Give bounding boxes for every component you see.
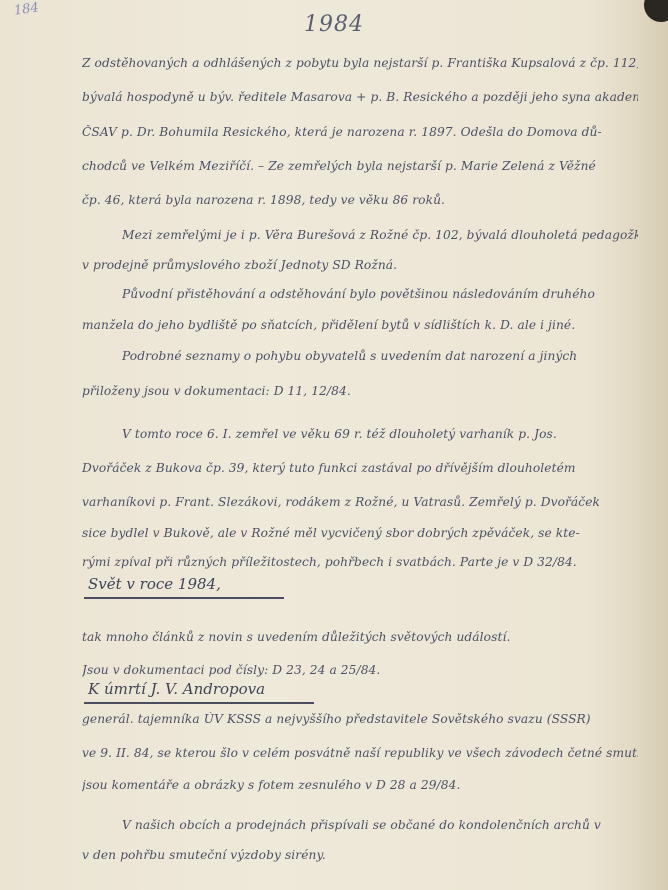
- text-line: V našich obcích a prodejnách přispívali …: [122, 818, 638, 832]
- text-line: v prodejně průmyslového zboží Jednoty SD…: [82, 258, 638, 272]
- text-line: Dvořáček z Bukova čp. 39, který tuto fun…: [82, 461, 638, 475]
- text-line: Podrobné seznamy o pohybu obyvatelů s uv…: [122, 349, 638, 363]
- text-line: manžela do jeho bydliště po sňatcích, př…: [82, 318, 638, 332]
- text-line: Původní přistěhování a odstěhování bylo …: [122, 287, 638, 301]
- text-line: ve 9. II. 84, se kterou šlo v celém posv…: [82, 746, 638, 760]
- text-line: bývalá hospodyně u býv. ředitele Masarov…: [82, 90, 638, 104]
- chronicle-page: 184 1984 Z odstěhovaných a odhlášených z…: [0, 0, 668, 890]
- text-line: Jsou v dokumentaci pod čísly: D 23, 24 a…: [82, 663, 638, 677]
- text-line: Mezi zemřelými je i p. Věra Burešová z R…: [122, 228, 638, 242]
- text-line: jsou komentáře a obrázky s fotem zesnulé…: [82, 778, 638, 792]
- year-title: 1984: [0, 12, 668, 37]
- text-line: přiloženy jsou v dokumentaci: D 11, 12/8…: [82, 384, 638, 398]
- text-line: generál. tajemníka ÚV KSSS a nejvyššího …: [82, 712, 638, 726]
- text-line: rými zpíval při různých příležitostech, …: [82, 555, 638, 569]
- heading-underline: [84, 702, 314, 704]
- heading-underline: [84, 597, 284, 599]
- text-line: tak mnoho článků z novin s uvedením důle…: [82, 630, 638, 644]
- text-line: V tomto roce 6. I. zemřel ve věku 69 r. …: [122, 427, 638, 441]
- section-heading: K úmrtí J. V. Andropova: [88, 680, 265, 698]
- text-line: sice bydlel v Bukově, ale v Rožné měl vy…: [82, 526, 638, 540]
- text-line: varhaníkovi p. Frant. Slezákovi, rodákem…: [82, 495, 638, 509]
- text-line: ČSAV p. Dr. Bohumila Resického, která je…: [82, 125, 638, 139]
- text-line: chodců ve Velkém Meziříčí. – Ze zemřelýc…: [82, 159, 638, 173]
- text-line: Z odstěhovaných a odhlášených z pobytu b…: [82, 56, 638, 70]
- text-line: v den pohřbu smuteční výzdoby sirény.: [82, 848, 638, 862]
- text-line: čp. 46, která byla narozena r. 1898, ted…: [82, 193, 638, 207]
- section-heading: Svět v roce 1984,: [88, 575, 221, 593]
